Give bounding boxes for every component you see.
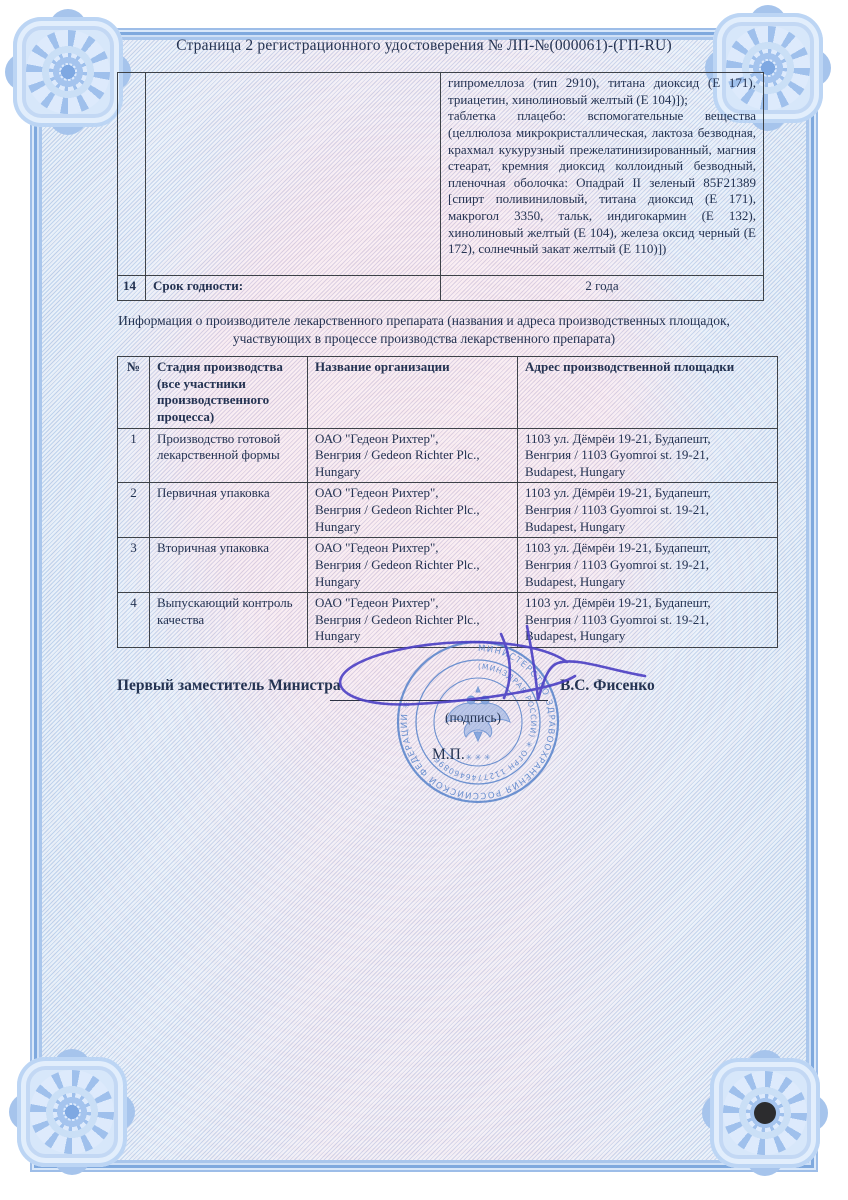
rosette-top-left-icon [9, 13, 127, 131]
address-cell: 1103 ул. Дёмрёи 19-21, Будапешт, Венгрия… [518, 483, 778, 538]
table-header-row: № Стадия производства (все участники про… [118, 357, 778, 429]
shelf-life-value: 2 года [441, 276, 764, 301]
handwritten-signature [305, 616, 655, 721]
page-title: Страница 2 регистрационного удостоверени… [0, 37, 848, 55]
address-cell: 1103 ул. Дёмрёи 19-21, Будапешт, Венгрия… [518, 428, 778, 483]
row-number: 3 [118, 538, 150, 593]
organization-cell: ОАО "Гедеон Рихтер", Венгрия / Gedeon Ri… [308, 483, 518, 538]
manufacturing-sites-table: № Стадия производства (все участники про… [117, 356, 778, 648]
row-number: 4 [118, 593, 150, 648]
stage-cell: Производство готовой лекарственной формы [150, 428, 308, 483]
row-number-cell: 14 [118, 276, 146, 301]
manufacturer-info-note: Информация о производителе лекарственног… [94, 312, 754, 348]
col-header-stage: Стадия производства (все участники произ… [150, 357, 308, 429]
table-row: 1 Производство готовой лекарственной фор… [118, 428, 778, 483]
organization-cell: ОАО "Гедеон Рихтер", Венгрия / Gedeon Ri… [308, 428, 518, 483]
certificate-page: Страница 2 регистрационного удостоверени… [0, 0, 848, 1200]
table-row: 2 Первичная упаковка ОАО "Гедеон Рихтер"… [118, 483, 778, 538]
excipients-paragraph-1: гипромеллоза (тип 2910), титана диоксид … [448, 75, 756, 108]
row-label-cell [146, 73, 441, 276]
row-number: 2 [118, 483, 150, 538]
rosette-mandala [30, 1070, 114, 1154]
rosette-bottom-right-icon [706, 1054, 824, 1172]
stage-cell: Первичная упаковка [150, 483, 308, 538]
punch-hole-dot [754, 1102, 776, 1124]
stamp-stars: ✳ ✳ ✳ [465, 753, 490, 762]
stage-cell: Выпускающий контроль качества [150, 593, 308, 648]
organization-cell: ОАО "Гедеон Рихтер", Венгрия / Gedeon Ri… [308, 538, 518, 593]
table-row: 14 Срок годности: 2 года [118, 276, 764, 301]
row-number-cell [118, 73, 146, 276]
table-row: 3 Вторичная упаковка ОАО "Гедеон Рихтер"… [118, 538, 778, 593]
shelf-life-label: Срок годности: [146, 276, 441, 301]
address-cell: 1103 ул. Дёмрёи 19-21, Будапешт, Венгрия… [518, 538, 778, 593]
stage-cell: Вторичная упаковка [150, 538, 308, 593]
rosette-bottom-left-icon [13, 1053, 131, 1171]
row-number: 1 [118, 428, 150, 483]
excipients-paragraph-2: таблетка плацебо: вспомогательные вещест… [448, 108, 756, 258]
col-header-organization: Название организации [308, 357, 518, 429]
col-header-address: Адрес производственной площадки [518, 357, 778, 429]
composition-table: гипромеллоза (тип 2910), титана диоксид … [117, 72, 764, 301]
excipients-cell: гипромеллоза (тип 2910), титана диоксид … [441, 73, 764, 276]
seal-place-label: М.П. [432, 746, 465, 764]
col-header-number: № [118, 357, 150, 429]
table-row: гипромеллоза (тип 2910), титана диоксид … [118, 73, 764, 276]
